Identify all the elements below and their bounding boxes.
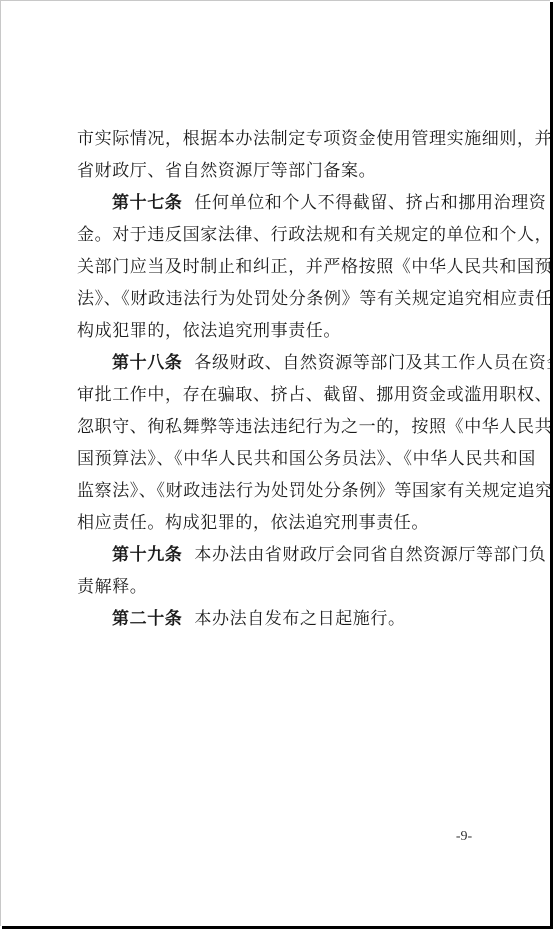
line-text: 本办法自发布之日起施行。 <box>194 609 405 629</box>
line-text: 本办法由省财政厅会同省自然资源厅等部门负 <box>194 545 546 565</box>
text-line: 忽职守、徇私舞弊等违法违纪行为之一的，按照《中华人民共和 <box>77 411 485 443</box>
line-text: 任何单位和个人不得截留、挤占和挪用治理资 <box>194 193 546 213</box>
article-20-heading-line: 第二十条本办法自发布之日起施行。 <box>77 603 485 635</box>
article-18-heading-line: 第十八条各级财政、自然资源等部门及其工作人员在资金 <box>77 347 485 379</box>
text-line: 法》、《财政违法行为处罚处分条例》等有关规定追究相应责任。 <box>77 283 485 315</box>
line-text: 国预算法》、《中华人民共和国公务员法》、《中华人民共和国 <box>77 449 536 469</box>
article-number: 第十八条 <box>112 353 182 373</box>
line-text: 相应责任。构成犯罪的，依法追究刑事责任。 <box>77 513 429 533</box>
document-page: 市实际情况，根据本办法制定专项资金使用管理实施细则，并报 省财政厅、省自然资源厅… <box>0 0 550 926</box>
page-number: -9- <box>449 829 479 845</box>
article-number: 第十九条 <box>112 545 182 565</box>
text-line: 省财政厅、省自然资源厅等部门备案。 <box>77 155 485 187</box>
text-line: 关部门应当及时制止和纠正，并严格按照《中华人民共和国预算 <box>77 251 485 283</box>
line-text: 审批工作中，存在骗取、挤占、截留、挪用资金或滥用职权、玩 <box>77 385 553 405</box>
article-17-heading-line: 第十七条任何单位和个人不得截留、挤占和挪用治理资 <box>77 187 485 219</box>
text-line: 国预算法》、《中华人民共和国公务员法》、《中华人民共和国 <box>77 443 485 475</box>
line-text: 忽职守、徇私舞弊等违法违纪行为之一的，按照《中华人民共和 <box>77 417 553 437</box>
line-text: 监察法》、《财政违法行为处罚处分条例》等国家有关规定追究 <box>77 481 553 501</box>
line-text: 各级财政、自然资源等部门及其工作人员在资金 <box>194 353 553 373</box>
line-text: 构成犯罪的，依法追究刑事责任。 <box>77 321 341 341</box>
line-text: 金。对于违反国家法律、行政法规和有关规定的单位和个人，有 <box>77 225 553 245</box>
text-line: 金。对于违反国家法律、行政法规和有关规定的单位和个人，有 <box>77 219 485 251</box>
body-text: 市实际情况，根据本办法制定专项资金使用管理实施细则，并报 省财政厅、省自然资源厅… <box>77 123 485 635</box>
line-text: 省财政厅、省自然资源厅等部门备案。 <box>77 161 376 181</box>
article-number: 第二十条 <box>112 609 182 629</box>
text-line: 构成犯罪的，依法追究刑事责任。 <box>77 315 485 347</box>
article-19-heading-line: 第十九条本办法由省财政厅会同省自然资源厅等部门负 <box>77 539 485 571</box>
line-text: 责解释。 <box>77 577 147 597</box>
text-line: 责解释。 <box>77 571 485 603</box>
line-text: 法》、《财政违法行为处罚处分条例》等有关规定追究相应责任。 <box>77 289 553 309</box>
text-line: 相应责任。构成犯罪的，依法追究刑事责任。 <box>77 507 485 539</box>
text-line: 市实际情况，根据本办法制定专项资金使用管理实施细则，并报 <box>77 123 485 155</box>
line-text: 市实际情况，根据本办法制定专项资金使用管理实施细则，并报 <box>77 129 553 149</box>
line-text: 关部门应当及时制止和纠正，并严格按照《中华人民共和国预算 <box>77 257 553 277</box>
text-line: 监察法》、《财政违法行为处罚处分条例》等国家有关规定追究 <box>77 475 485 507</box>
text-line: 审批工作中，存在骗取、挤占、截留、挪用资金或滥用职权、玩 <box>77 379 485 411</box>
article-number: 第十七条 <box>112 193 182 213</box>
